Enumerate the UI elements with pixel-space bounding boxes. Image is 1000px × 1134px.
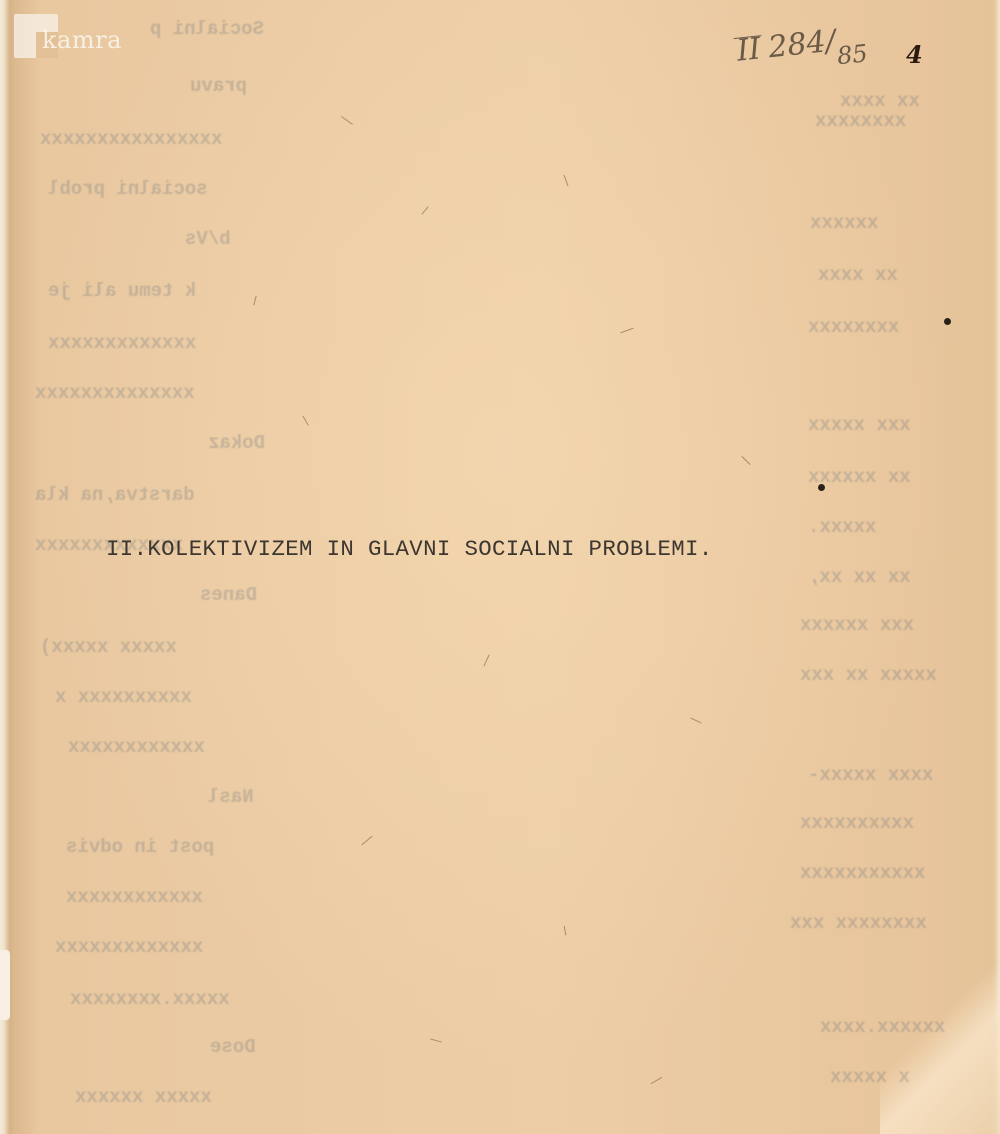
- left-edge-tear: [0, 950, 10, 1020]
- bleed-through-text: Socialni p: [150, 18, 264, 40]
- bleed-through-text: xxxxxx.xxxx: [820, 1016, 945, 1038]
- bleed-through-text: Nasl: [208, 786, 254, 808]
- paper-fiber: [563, 175, 568, 187]
- bleed-through-text: pravu: [190, 75, 247, 97]
- bleed-through-text: xxxx xxxxx-: [808, 764, 933, 786]
- bleed-through-text: xxxxx.xxxxxxxx: [70, 988, 230, 1010]
- paper-fiber: [430, 1038, 442, 1042]
- handwritten-catalog-number: II284/85: [733, 20, 868, 69]
- catalog-prefix: II: [734, 35, 764, 65]
- kamra-watermark: kamra: [14, 14, 114, 60]
- scanned-document-page: Socialni p pravu xxxxxxxxxxxxxxxx social…: [0, 0, 1000, 1134]
- bleed-through-text: xxxxx xxxxx): [40, 636, 177, 658]
- bleed-through-text: k temu ali je: [48, 280, 196, 302]
- bleed-through-text: xxxxx xx xxx: [800, 664, 937, 686]
- bleed-through-text: xxxxxxxxxxxx: [68, 736, 205, 758]
- bleed-through-text: xxxxxxxxxxx: [800, 862, 925, 884]
- paper-fiber: [564, 925, 567, 935]
- bleed-through-text: xx xx xx,: [808, 566, 911, 588]
- bleed-through-text: xxxxxxxxxxxx: [66, 886, 203, 908]
- paper-fiber: [341, 116, 353, 125]
- paper-fiber: [690, 718, 701, 724]
- bleed-through-text: post in odvis: [66, 836, 214, 858]
- bleed-through-text: Danes: [200, 584, 257, 606]
- bleed-through-text: xx xxxx: [818, 264, 898, 286]
- bleed-through-text: xxxxxxxxxx x: [55, 686, 192, 708]
- ink-spot: [944, 318, 951, 325]
- bleed-through-text: xxxxxxxxxxxxxxxx: [40, 128, 222, 150]
- bleed-through-text: xxxxxxxxxxxxxx: [35, 382, 195, 404]
- paper-fiber: [741, 456, 750, 465]
- paper-fiber: [253, 296, 257, 306]
- watermark-text: kamra: [42, 28, 122, 52]
- catalog-number: 284/: [767, 24, 838, 66]
- bleed-through-text: Dose: [210, 1036, 256, 1058]
- chapter-heading: II.KOLEKTIVIZEM IN GLAVNI SOCIALNI PROBL…: [106, 536, 713, 562]
- catalog-year: 85: [836, 39, 869, 70]
- bleed-through-text: socialni probl: [48, 178, 208, 200]
- bleed-through-text: xxxxxx: [810, 212, 878, 234]
- bleed-through-text: Dokaz: [208, 432, 265, 454]
- bleed-through-text: xxxxxxxxxx: [800, 812, 914, 834]
- paper-fiber: [421, 206, 428, 214]
- bleed-through-text: darstva,na kla: [35, 484, 195, 506]
- bleed-through-text: xxx xxxxxx: [800, 614, 914, 636]
- bleed-through-text: x xxxxx: [830, 1066, 910, 1088]
- paper-fiber: [361, 836, 372, 846]
- bleed-through-text: xxxxxxxx: [815, 110, 906, 132]
- paper-fiber: [620, 328, 633, 334]
- page-number: 4: [906, 40, 923, 69]
- bleed-through-text: b/Vs: [185, 228, 231, 250]
- bleed-through-text: xx xxxx: [840, 90, 920, 112]
- bleed-through-text: xxxxxxxx xxx: [790, 912, 927, 934]
- paper-fiber: [651, 1077, 663, 1084]
- paper-fiber: [483, 654, 489, 666]
- bleed-through-text: xxxxxxxxxxxxx: [48, 332, 196, 354]
- ink-spot: [818, 484, 825, 491]
- paper-fiber: [302, 415, 308, 425]
- bleed-through-text: xxx xxxxx: [808, 414, 911, 436]
- bleed-through-text: xxxxxxxxxxxxx: [55, 936, 203, 958]
- bleed-through-text: xxxxx.: [808, 516, 876, 538]
- bleed-through-text: xxxxxxxx: [808, 316, 899, 338]
- bleed-through-text: xxxxx xxxxxx: [75, 1086, 212, 1108]
